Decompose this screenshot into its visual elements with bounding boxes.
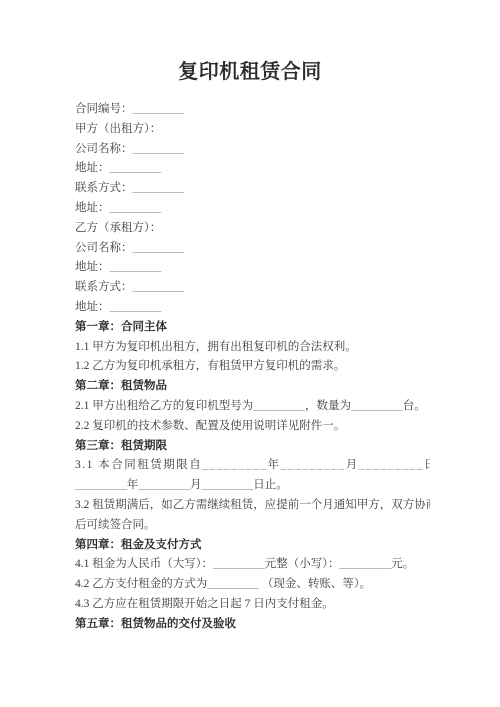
blank-underline: _________ [133, 242, 185, 254]
blank-underline: _________ [138, 479, 190, 491]
clause-2-2: 2.2 复印机的技术参数、配置及使用说明详见附件一。 [75, 417, 430, 437]
blank-underline: _________ [207, 578, 259, 590]
blank-underline: _________ [133, 103, 185, 115]
clause-3-2-line-1: 3.2 租赁期满后，如乙方需继续租赁，应提前一个月通知甲方，双方协商一致 [75, 496, 430, 516]
blank-underline: _________ [351, 400, 403, 412]
party-a-address-line-2: 地址：_________ [75, 199, 430, 219]
party-b-contact-line: 联系方式：_________ [75, 278, 430, 298]
party-b-label-line: 乙方（承租方）： [75, 219, 430, 239]
party-b-address-line-2: 地址：_________ [75, 298, 430, 318]
chapter-3-heading: 第三章：租赁期限 [75, 437, 430, 457]
party-b-company-name-line: 公司名称：_________ [75, 239, 430, 259]
blank-underline: _________ [202, 459, 267, 471]
clause-3-1-line-1: 3.1 本合同租赁期限自_________年_________月________… [75, 456, 430, 476]
party-a-company-name-line: 公司名称：_________ [75, 140, 430, 160]
party-a-address-line: 地址：_________ [75, 159, 430, 179]
chapter-1-heading: 第一章：合同主体 [75, 318, 430, 338]
section-chapter-3: 第三章：租赁期限 3.1 本合同租赁期限自_________年_________… [75, 437, 430, 536]
blank-underline: _________ [110, 202, 162, 214]
section-chapter-2: 第二章：租赁物品 2.1 甲方出租给乙方的复印机型号为_________，数量为… [75, 377, 430, 436]
contract-body: 合同编号：_________ 甲方（出租方）： 公司名称：_________ 地… [75, 100, 430, 635]
party-a-label-line: 甲方（出租方）： [75, 120, 430, 140]
section-chapter-4: 第四章：租金及支付方式 4.1 租金为人民币（大写）：_________元整（小… [75, 536, 430, 615]
party-a-contact-line: 联系方式：_________ [75, 179, 430, 199]
blank-underline: _________ [133, 143, 185, 155]
blank-underline: _________ [133, 281, 185, 293]
clause-1-1: 1.1 甲方为复印机出租方，拥有出租复印机的合法权利。 [75, 338, 430, 358]
blank-underline: _________ [340, 558, 392, 570]
blank-underline: _________ [213, 558, 265, 570]
clause-4-2: 4.2 乙方支付租金的方式为_________ （现金、转账、等）。 [75, 575, 430, 595]
chapter-2-heading: 第二章：租赁物品 [75, 377, 430, 397]
blank-underline: _________ [281, 459, 346, 471]
clause-4-1: 4.1 租金为人民币（大写）：_________元整（小写）：_________… [75, 555, 430, 575]
blank-underline: _________ [110, 301, 162, 313]
blank-underline: _________ [133, 182, 185, 194]
blank-underline: _________ [110, 162, 162, 174]
chapter-5-heading: 第五章：租赁物品的交付及验收 [75, 615, 430, 635]
blank-underline: _________ [75, 479, 127, 491]
contract-document-page: 复印机租赁合同 合同编号：_________ 甲方（出租方）： 公司名称：___… [0, 0, 500, 707]
clause-3-2-line-2: 后可续签合同。 [75, 516, 430, 536]
contract-header-block: 合同编号：_________ 甲方（出租方）： 公司名称：_________ 地… [75, 100, 430, 318]
contract-number-line: 合同编号：_________ [75, 100, 430, 120]
clause-1-2: 1.2 乙方为复印机承租方，有租赁甲方复印机的需求。 [75, 357, 430, 377]
clause-2-1: 2.1 甲方出租给乙方的复印机型号为_________，数量为_________… [75, 397, 430, 417]
section-chapter-5: 第五章：租赁物品的交付及验收 [75, 615, 430, 635]
document-title: 复印机租赁合同 [0, 0, 500, 86]
blank-underline: _________ [253, 400, 305, 412]
blank-underline: _________ [202, 479, 254, 491]
blank-underline: _________ [359, 459, 424, 471]
chapter-4-heading: 第四章：租金及支付方式 [75, 536, 430, 556]
clause-3-1-line-2: _________年_________月_________日止。 [75, 476, 430, 496]
clause-4-3: 4.3 乙方应在租赁期限开始之日起 7 日内支付租金。 [75, 595, 430, 615]
section-chapter-1: 第一章：合同主体 1.1 甲方为复印机出租方，拥有出租复印机的合法权利。 1.2… [75, 318, 430, 377]
party-b-address-line: 地址：_________ [75, 258, 430, 278]
blank-underline: _________ [110, 261, 162, 273]
